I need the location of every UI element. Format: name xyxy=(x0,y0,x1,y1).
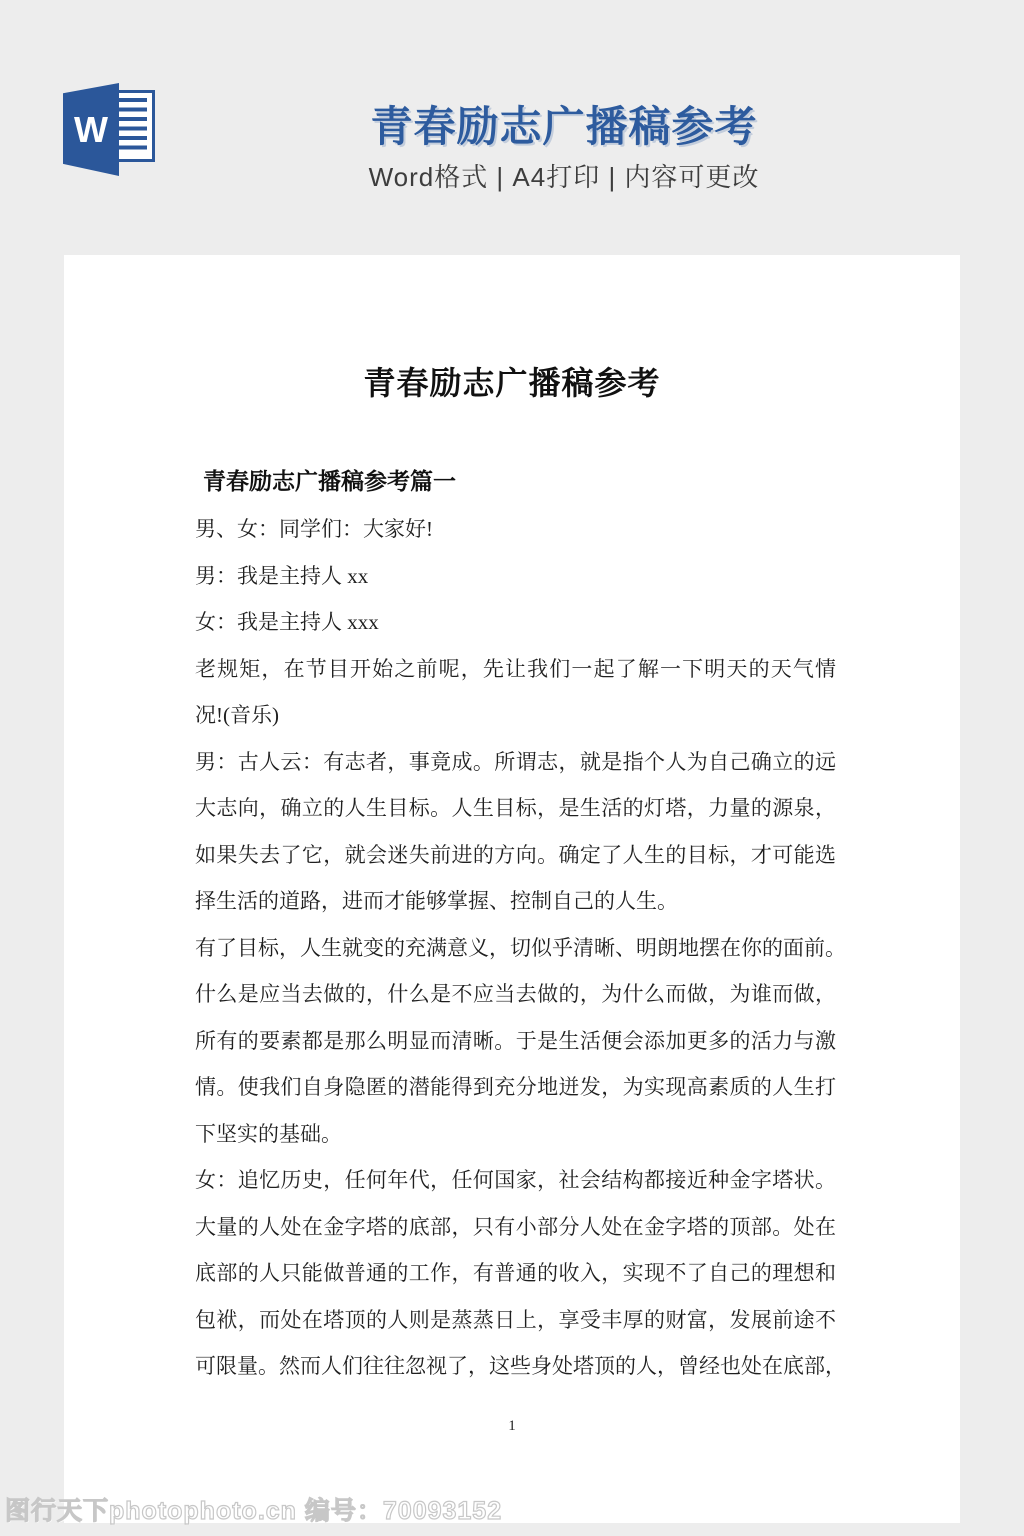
document-body: 男、女：同学们：大家好!男：我是主持人 xx女：我是主持人 xxx老规矩，在节目… xyxy=(195,506,836,1390)
document-title: 青春励志广播稿参考 xyxy=(64,366,960,400)
document-line: 有了目标，人生就变的充满意义，切似乎清晰、明朗地摆在你的面前。 xyxy=(195,925,836,972)
document-line: 情。使我们自身隐匿的潜能得到充分地迸发，为实现高素质的人生打 xyxy=(195,1064,836,1111)
document-line: 下坚实的基础。 xyxy=(195,1111,836,1158)
template-title: 青春励志广播稿参考 xyxy=(312,94,816,154)
word-icon-letter: W xyxy=(74,112,108,148)
document-line: 男：古人云：有志者，事竟成。所谓志，就是指个人为自己确立的远 xyxy=(195,739,836,786)
word-icon-text-lines xyxy=(115,98,147,154)
document-line: 男、女：同学们：大家好! xyxy=(195,506,836,553)
document-section-heading: 青春励志广播稿参考篇一 xyxy=(203,469,456,494)
document-line: 男：我是主持人 xx xyxy=(195,553,836,600)
page-number: 1 xyxy=(64,1418,960,1435)
document-line: 大志向，确立的人生目标。人生目标，是生活的灯塔，力量的源泉， xyxy=(195,785,836,832)
document-line: 底部的人只能做普通的工作，有普通的收入，实现不了自己的理想和 xyxy=(195,1250,836,1297)
template-subtitle: Word格式 | A4打印 | 内容可更改 xyxy=(312,157,816,194)
document-line: 择生活的道路，进而才能够掌握、控制自己的人生。 xyxy=(195,878,836,925)
document-line: 包袱，而处在塔顶的人则是蒸蒸日上，享受丰厚的财富，发展前途不 xyxy=(195,1297,836,1344)
template-preview-screen: { "header": { "title": "青春励志广播稿参考", "sub… xyxy=(0,0,1024,1536)
document-line: 老规矩，在节目开始之前呢，先让我们一起了解一下明天的天气情 xyxy=(195,646,836,693)
document-page: 青春励志广播稿参考 青春励志广播稿参考篇一 男、女：同学们：大家好!男：我是主持… xyxy=(64,255,960,1523)
document-line: 如果失去了它，就会迷失前进的方向。确定了人生的目标，才可能选 xyxy=(195,832,836,879)
word-icon-w-shape: W xyxy=(63,83,119,176)
watermark-text: 图行天下photophoto.cn 编号：70093152 xyxy=(5,1491,502,1527)
word-document-icon: W xyxy=(62,83,157,178)
document-line: 可限量。然而人们往往忽视了，这些身处塔顶的人，曾经也处在底部， xyxy=(195,1343,836,1390)
document-line: 什么是应当去做的，什么是不应当去做的，为什么而做，为谁而做， xyxy=(195,971,836,1018)
document-line: 大量的人处在金字塔的底部，只有小部分人处在金字塔的顶部。处在 xyxy=(195,1204,836,1251)
document-line: 况!(音乐) xyxy=(195,692,836,739)
document-line: 所有的要素都是那么明显而清晰。于是生活便会添加更多的活力与激 xyxy=(195,1018,836,1065)
header: W 青春励志广播稿参考 Word格式 | A4打印 | 内容可更改 xyxy=(0,0,1024,255)
document-line: 女：追忆历史，任何年代，任何国家，社会结构都接近种金字塔状。 xyxy=(195,1157,836,1204)
document-line: 女：我是主持人 xxx xyxy=(195,599,836,646)
